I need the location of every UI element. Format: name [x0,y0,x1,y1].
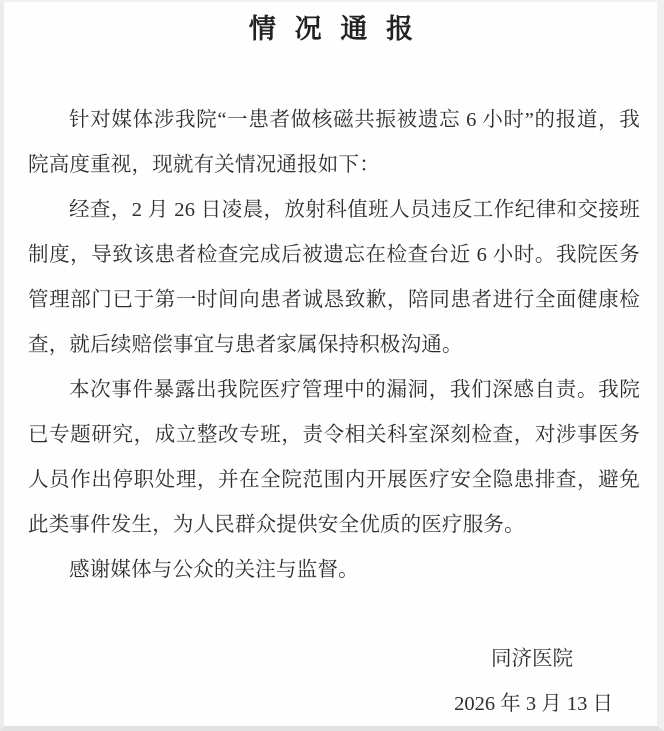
paragraph-findings: 经查，2 月 26 日凌晨，放射科值班人员违反工作纪律和交接班制度，导致该患者检… [28,188,640,368]
signature-block: 同济医院 2026 年 3 月 13 日 [28,637,640,727]
notice-document-page: 情 况 通 报 针对媒体涉我院“一患者做核磁共振被遗忘 6 小时”的报道，我院高… [0,0,664,731]
paragraph-measures: 本次事件暴露出我院医疗管理中的漏洞，我们深感自责。我院已专题研究，成立整改专班，… [28,368,640,548]
document-title: 情 况 通 报 [28,12,640,46]
signature-date: 2026 年 3 月 13 日 [28,682,640,727]
document-body: 针对媒体涉我院“一患者做核磁共振被遗忘 6 小时”的报道，我院高度重视，现就有关… [28,98,640,593]
paragraph-intro: 针对媒体涉我院“一患者做核磁共振被遗忘 6 小时”的报道，我院高度重视，现就有关… [28,98,640,188]
paragraph-thanks: 感谢媒体与公众的关注与监督。 [28,548,640,593]
signature-hospital-name: 同济医院 [28,637,640,682]
